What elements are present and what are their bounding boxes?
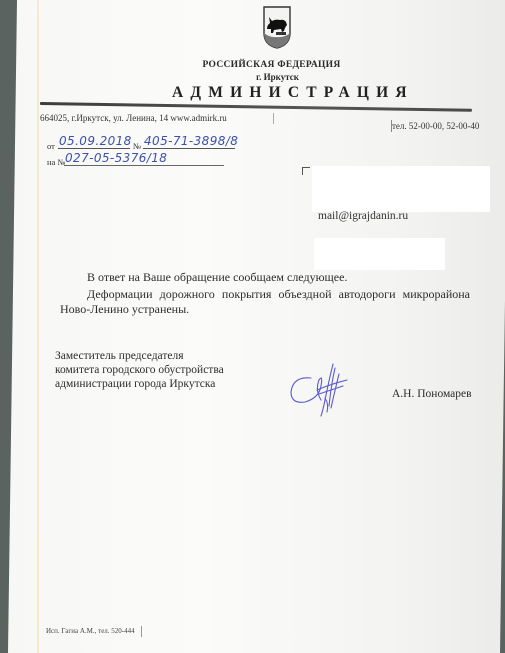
body-paragraph-2-line-2: Ново-Ленино устранены. [60,302,189,317]
word: автодороги [339,287,396,302]
in-reply-number: 027-05-5376/18 [65,151,167,165]
word: покрытия [222,287,272,302]
outgoing-number: 405-71-3898/8 [144,134,238,148]
date-label: от [47,141,55,151]
coat-of-arms-icon [262,5,292,49]
address-separator [273,113,274,124]
organization-address: 664025, г.Иркутск, ул. Ленина, 14 www.ad… [40,113,227,123]
in-reply-label: на № [47,157,66,167]
letter-page: РОССИЙСКАЯ ФЕДЕРАЦИЯ г. Иркутск АДМИНИСТ… [0,0,505,653]
body-paragraph-1: В ответ на Ваше обращение сообщаем следу… [87,270,347,285]
number-underline [143,148,235,149]
recipient-email: mail@igrajdanin.ru [318,210,408,222]
in-reply-underline [64,165,224,166]
city-label: г. Иркутск [0,72,505,82]
header-divider [40,102,472,112]
date-underline [58,148,130,149]
outgoing-date: 05.09.2018 [59,134,132,148]
organization-phone: тел. 52-00-00, 52-00-40 [392,121,479,131]
organization-title: АДМИНИСТРАЦИЯ [172,84,414,102]
paper-fold-line [37,0,39,653]
word: микрорайона [403,287,470,302]
address-corner-mark [302,167,310,175]
redacted-recipient-name [312,166,490,212]
handwritten-signature-icon [285,360,357,420]
signer-title-line-2: комитета городского обустройства [55,364,224,376]
word: дорожного [160,287,215,302]
footer-separator [141,626,142,637]
signer-title-line-1: Заместитель председателя [55,350,184,362]
word: объездной [279,287,332,302]
signer-title-line-3: администрации города Иркутска [55,378,215,390]
number-label: № [133,141,141,151]
word: Деформации [87,287,153,302]
federation-label: РОССИЙСКАЯ ФЕДЕРАЦИЯ [0,60,505,70]
executor-info: Исп. Гагиа А.М., тел. 520-444 [46,627,135,635]
signer-name: А.Н. Пономарев [392,388,472,400]
body-paragraph-2-line-1: Деформации дорожного покрытия объездной … [87,287,470,302]
redacted-recipient-address [314,238,445,270]
